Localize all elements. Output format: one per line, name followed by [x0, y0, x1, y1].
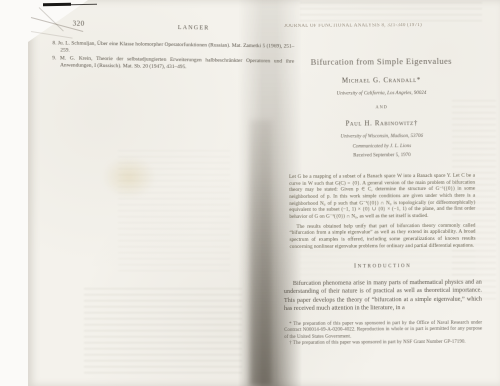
author-2: Paul H. Rabinowitz† — [283, 119, 481, 128]
affiliation-1: University of California, Los Angeles, 9… — [282, 91, 480, 97]
journal-header: JOURNAL OF FUNCTIONAL ANALYSIS 8, 321-34… — [284, 23, 480, 29]
footnote-1: * The preparation of this paper was spon… — [284, 321, 482, 342]
gutter-shadow-core — [250, 120, 272, 386]
footnotes: * The preparation of this paper was spon… — [284, 321, 482, 348]
received-date: Received September 5, 1970 — [283, 153, 481, 159]
bleedthrough-text — [300, 2, 482, 24]
abstract-paragraph-2: The results obtained help unify that par… — [289, 222, 475, 250]
page-number: 320 — [73, 20, 85, 28]
scanned-journal-spread: 320 LANGER 8. Ju. L. Schmuljan, Über ein… — [0, 0, 500, 386]
footnote-2: † The preparation of this paper was spon… — [284, 340, 482, 348]
affiliation-2: University of Wisconsin, Madison, 53706 — [283, 134, 481, 140]
right-page: JOURNAL OF FUNCTIONAL ANALYSIS 8, 321-34… — [282, 23, 482, 348]
communicated-by: Communicated by J. L. Lions — [283, 144, 481, 150]
author-conjunction: AND — [283, 104, 481, 110]
abstract: Let G be a mapping of a subset of a Bana… — [283, 173, 482, 251]
section-heading-introduction: Introduction — [284, 262, 482, 270]
running-head: LANGER — [148, 25, 240, 32]
introduction-paragraph: Bifurcation phenomena arise in many part… — [284, 279, 482, 313]
author-1: Michael G. Crandall* — [282, 76, 480, 85]
abstract-paragraph-1: Let G be a mapping of a subset of a Bana… — [289, 173, 475, 221]
paper-title: Bifurcation from Simple Eigenvalues — [282, 56, 480, 67]
